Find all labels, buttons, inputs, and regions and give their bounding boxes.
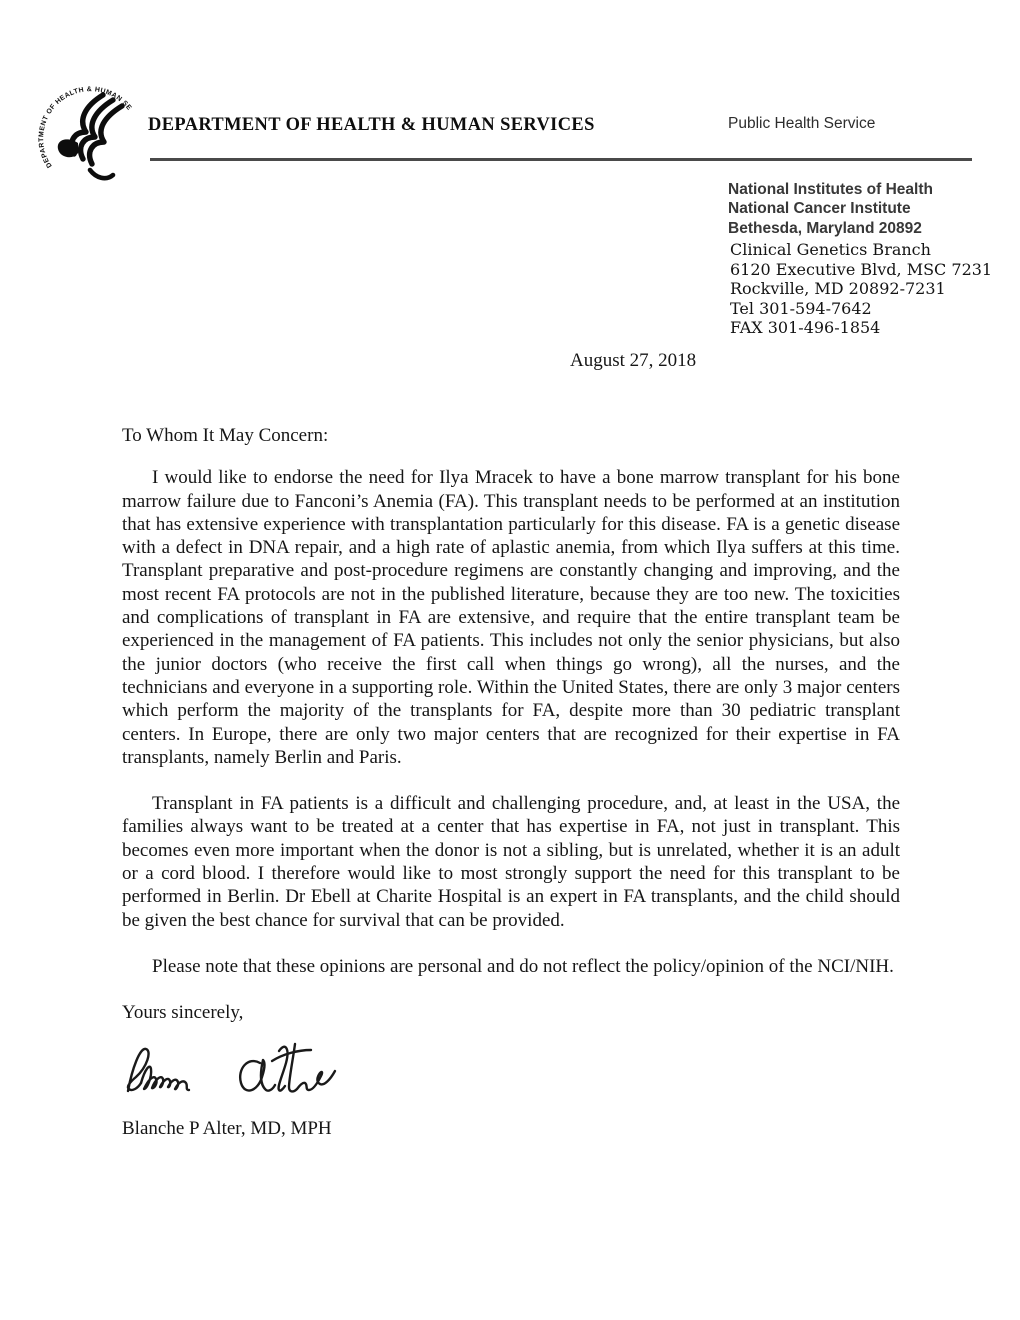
agency-line: National Institutes of Health <box>728 180 933 199</box>
hhs-seal-logo: DEPARTMENT OF HEALTH & HUMAN SERVICES · … <box>33 82 145 194</box>
paragraph-2: Transplant in FA patients is a difficult… <box>122 792 900 932</box>
branch-line: Clinical Genetics Branch <box>730 240 992 260</box>
branch-line: Rockville, MD 20892-7231 <box>730 279 992 299</box>
salutation: To Whom It May Concern: <box>122 424 900 447</box>
branch-line: FAX 301-496-1854 <box>730 318 992 338</box>
agency-address-block: National Institutes of Health National C… <box>728 180 933 238</box>
paragraph-3: Please note that these opinions are pers… <box>122 955 900 978</box>
handwritten-signature <box>122 1039 900 1101</box>
date: August 27, 2018 <box>570 350 696 372</box>
eagle-head <box>58 139 78 157</box>
agency-line: National Cancer Institute <box>728 199 933 218</box>
paragraph-1: I would like to endorse the need for Ily… <box>122 466 900 769</box>
eagle-tail <box>90 170 113 178</box>
agency-line: Bethesda, Maryland 20892 <box>728 219 933 238</box>
signer-name: Blanche P Alter, MD, MPH <box>122 1117 900 1140</box>
public-health-service-label: Public Health Service <box>728 115 875 133</box>
department-title: DEPARTMENT OF HEALTH & HUMAN SERVICES <box>148 114 595 136</box>
branch-line: 6120 Executive Blvd, MSC 7231 <box>730 260 992 280</box>
letterhead-rule <box>150 158 972 161</box>
branch-line: Tel 301-594-7642 <box>730 299 992 319</box>
letter-page: DEPARTMENT OF HEALTH & HUMAN SERVICES · … <box>0 0 1020 1320</box>
branch-address-block: Clinical Genetics Branch 6120 Executive … <box>730 240 992 338</box>
signature-strokes <box>122 1039 354 1101</box>
closing: Yours sincerely, <box>122 1001 900 1024</box>
letter-body: To Whom It May Concern: I would like to … <box>122 424 900 1140</box>
eagle-icon <box>72 95 122 164</box>
